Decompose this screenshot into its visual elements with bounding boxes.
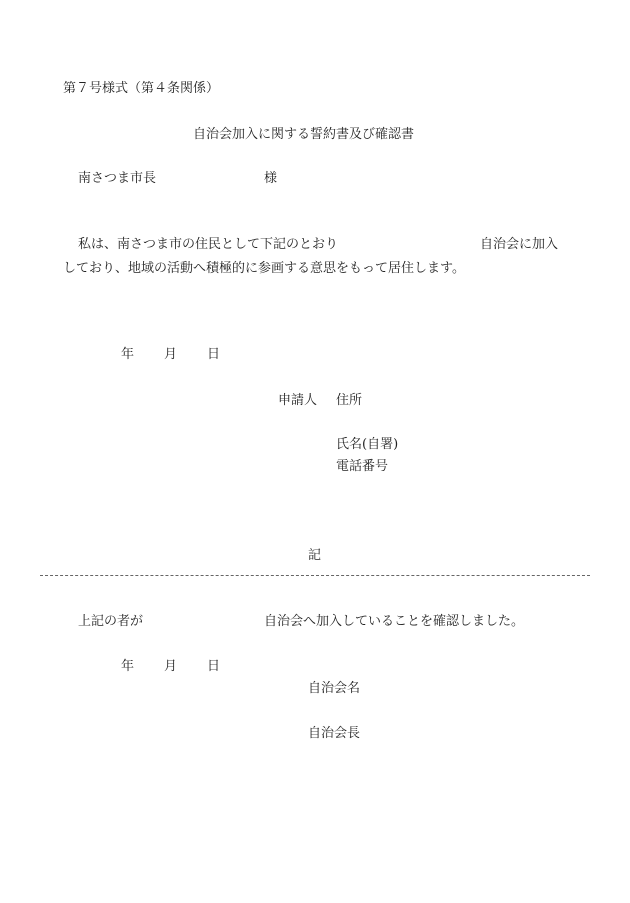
day-label: 日 (207, 347, 220, 363)
association-name-label: 自治会名 (308, 681, 360, 697)
date-field-1: 年月日 (121, 347, 220, 363)
date-field-2: 年月日 (121, 659, 220, 675)
confirmation-part1: 上記の者が (78, 614, 143, 630)
phone-number-label: 電話番号 (336, 459, 388, 475)
pledge-line1-part2: 自治会に加入 (480, 237, 558, 253)
month-label: 月 (164, 659, 207, 675)
applicant-label: 申請人 (278, 393, 317, 409)
name-signature-label: 氏名(自署) (336, 437, 398, 453)
addressee-name: 南さつま市長 (78, 171, 156, 187)
cut-line-divider (40, 575, 590, 576)
ki-label: 記 (308, 548, 321, 564)
day-label: 日 (207, 659, 220, 675)
addressee-honorific: 様 (264, 171, 277, 187)
form-number: 第７号様式（第４条関係） (63, 81, 219, 97)
address-label: 住所 (336, 393, 362, 409)
document-title: 自治会加入に関する誓約書及び確認書 (193, 127, 414, 143)
association-chief-label: 自治会長 (308, 726, 360, 742)
pledge-line2: しており、地域の活動へ積極的に参画する意思をもって居住します。 (63, 261, 465, 277)
confirmation-part2: 自治会へ加入していることを確認しました。 (264, 614, 524, 630)
year-label: 年 (121, 347, 164, 363)
pledge-line1-part1: 私は、南さつま市の住民として下記のとおり (78, 237, 338, 253)
year-label: 年 (121, 659, 164, 675)
month-label: 月 (164, 347, 207, 363)
